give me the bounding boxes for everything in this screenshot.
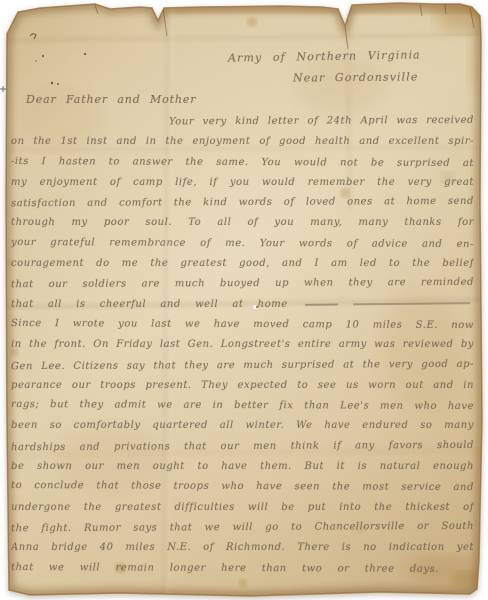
letter-line-12: in the front. On Friday last Gen. Longst… bbox=[11, 335, 474, 355]
letter-line-5: satisfaction and comfort the kind words … bbox=[11, 192, 474, 215]
letter-line-21: the fight. Rumor says that we will go to… bbox=[11, 517, 474, 540]
letter-line-1: Your very kind letter of 24th April was … bbox=[11, 111, 474, 134]
letter-line-13: Gen Lee. Citizens say that they are much… bbox=[11, 354, 474, 377]
letter-line-3: -its I hasten to answer the same. You wo… bbox=[11, 152, 474, 174]
letter-line-9: that our soldiers are much buoyed up whe… bbox=[11, 273, 474, 296]
letter-line-20: undergone the greatest difficulties will… bbox=[11, 498, 474, 518]
letter-line-15: rags; but they admit we are in better fi… bbox=[11, 395, 474, 417]
letter-body: Your very kind letter of 24th April was … bbox=[11, 112, 474, 579]
letter-line-18: be shown our men ought to have them. But… bbox=[11, 457, 474, 477]
letter-text-layer: Army of Northern Virginia Near Gordonsvi… bbox=[0, 0, 488, 600]
letter-salutation: Dear Father and Mother bbox=[26, 93, 196, 106]
letter-heading-place: Near Gordonsville bbox=[293, 70, 419, 84]
letter-line-7: your grateful remembrance of me. Your wo… bbox=[11, 233, 474, 255]
letter-line-6: through my poor soul. To all of you many… bbox=[11, 213, 474, 233]
letter-line-23: that we will remain longer here than two… bbox=[11, 558, 474, 580]
letter-line-16: been so comfortably quartered all winter… bbox=[11, 416, 474, 436]
letter-line-22: Anna bridge 40 miles N.E. of Richmond. T… bbox=[11, 538, 474, 558]
letter-line-4: my enjoyment of camp life, if you would … bbox=[11, 173, 474, 193]
letter-line-2: on the 1st inst and in the enjoyment of … bbox=[11, 132, 474, 152]
letter-line-8: couragement do me the greatest good, and… bbox=[11, 254, 474, 274]
letter-line-17: hardships and privations that our men th… bbox=[11, 436, 474, 459]
letter-photo: Army of Northern Virginia Near Gordonsvi… bbox=[0, 0, 488, 600]
letter-heading-army: Army of Northern Virginia bbox=[228, 48, 421, 64]
letter-line-14: pearance our troops present. They expect… bbox=[11, 376, 474, 396]
letter-line-19: to conclude that those troops who have s… bbox=[11, 476, 474, 498]
letter-line-11: Since I wrote you last we have moved cam… bbox=[11, 314, 474, 336]
